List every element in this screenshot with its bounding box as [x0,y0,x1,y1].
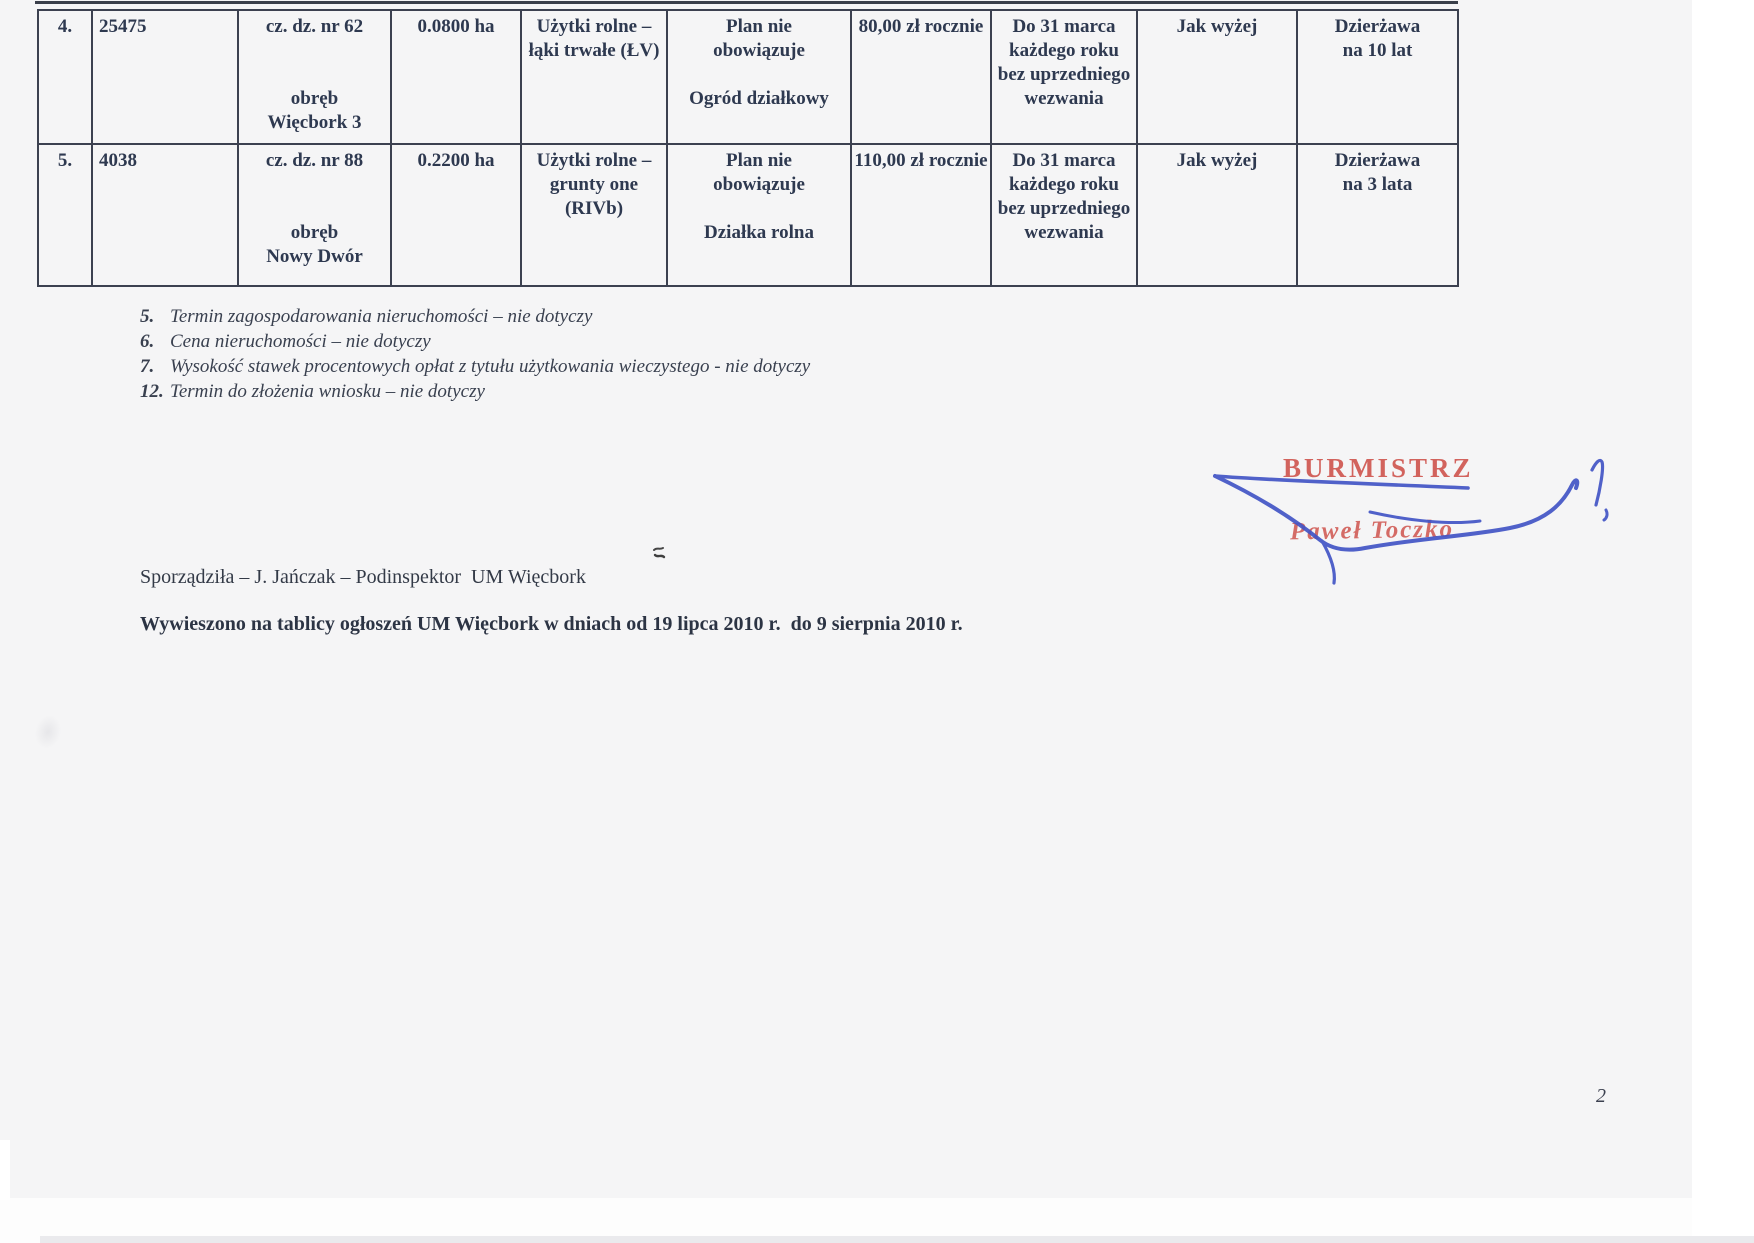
table-row: 4. 25475 cz. dz. nr 62 obręb Więcbork 3 … [38,10,1458,144]
cell-parcel: cz. dz. nr 62 obręb Więcbork 3 [238,10,391,144]
cell-register-number: 25475 [92,10,238,144]
scan-right-edge [1692,0,1754,1243]
pen-signature [1060,420,1660,600]
note-item: 7. Wysokość stawek procentowych opłat z … [140,356,810,381]
table-top-edge-line [35,1,1458,4]
cell-plan: Plan nie obowiązuje Działka rolna [667,144,851,286]
table-row: 5. 4038 cz. dz. nr 88 obręb Nowy Dwór 0.… [38,144,1458,286]
cell-payment-term: Do 31 marca każdego roku bez uprzedniego… [991,144,1137,286]
scan-left-edge [0,1140,10,1200]
cell-area: 0.2200 ha [391,144,521,286]
note-text: Termin zagospodarowania nieruchomości – … [170,306,592,331]
cell-tenure: Dzierżawa na 10 lat [1297,10,1458,144]
cell-tenure: Dzierżawa na 3 lata [1297,144,1458,286]
prepared-by-line: Sporządziła – J. Jańczak – Podinspektor … [140,566,586,589]
cell-land-use: Użytki rolne – łąki trwałe (ŁV) [521,10,667,144]
note-number: 6. [140,331,170,356]
cell-register-number: 4038 [92,144,238,286]
note-number: 7. [140,356,170,381]
posted-notice-line: Wywieszono na tablicy ogłoszeń UM Więcbo… [140,613,963,636]
note-number: 5. [140,306,170,331]
cell-note: Jak wyżej [1137,144,1297,286]
cell-parcel: cz. dz. nr 88 obręb Nowy Dwór [238,144,391,286]
next-page-edge-strip [40,1236,1754,1243]
cell-land-use: Użytki rolne – grunty one (RIVb) [521,144,667,286]
notes-list: 5. Termin zagospodarowania nieruchomości… [140,306,810,406]
note-item: 5. Termin zagospodarowania nieruchomości… [140,306,810,331]
lease-conditions-table: 4. 25475 cz. dz. nr 62 obręb Więcbork 3 … [37,9,1459,287]
note-item: 12. Termin do złożenia wniosku – nie dot… [140,381,810,406]
cell-rent: 110,00 zł rocznie [851,144,991,286]
note-item: 6. Cena nieruchomości – nie dotyczy [140,331,810,356]
cell-lp: 5. [38,144,92,286]
cell-note: Jak wyżej [1137,10,1297,144]
note-text: Termin do złożenia wniosku – nie dotyczy [170,381,485,406]
cell-plan: Plan nie obowiązuje Ogród działkowy [667,10,851,144]
cell-area: 0.0800 ha [391,10,521,144]
ink-smudge-mark [652,546,668,565]
cell-lp: 4. [38,10,92,144]
note-text: Cena nieruchomości – nie dotyczy [170,331,431,356]
note-text: Wysokość stawek procentowych opłat z tyt… [170,356,810,381]
cell-rent: 80,00 zł rocznie [851,10,991,144]
page-number: 2 [1596,1085,1606,1108]
cell-payment-term: Do 31 marca każdego roku bez uprzedniego… [991,10,1137,144]
note-number: 12. [140,381,170,406]
